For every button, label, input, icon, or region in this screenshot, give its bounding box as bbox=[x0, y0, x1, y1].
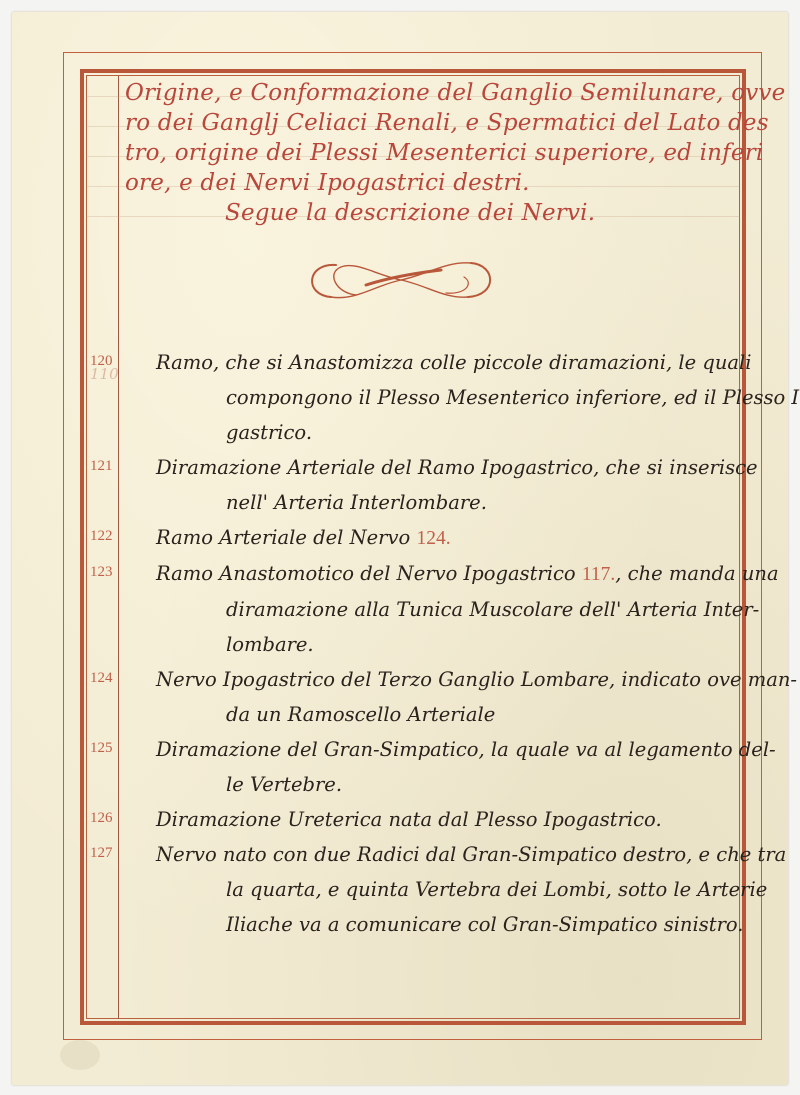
entry-number: 123 bbox=[90, 564, 118, 581]
entry-line: Ramo, che si Anastomizza colle piccole d… bbox=[156, 345, 740, 380]
entry-line: la quarta, e quinta Vertebra dei Lombi, … bbox=[156, 872, 740, 907]
entry-number: 125 bbox=[90, 740, 118, 757]
list-item: 121 Diramazione Arteriale del Ramo Ipoga… bbox=[86, 450, 740, 520]
entry-line: diramazione alla Tunica Muscolare dell' … bbox=[156, 592, 740, 627]
list-item: 125 Diramazione del Gran-Simpatico, la q… bbox=[86, 732, 740, 802]
entry-number: 122 bbox=[90, 528, 118, 545]
entry-number: 121 bbox=[90, 458, 118, 475]
entry-number: 127 bbox=[90, 845, 118, 862]
entry-text: Ramo Arteriale del Nervo bbox=[156, 526, 416, 549]
entry-line: da un Ramoscello Arteriale bbox=[156, 697, 740, 732]
entry-number: 124 bbox=[90, 670, 118, 687]
entry-line: Ramo Arteriale del Nervo 124. bbox=[156, 520, 740, 556]
title-line: tro, origine dei Plessi Mesenterici supe… bbox=[125, 138, 737, 168]
list-item: 123 Ramo Anastomotico del Nervo Ipogastr… bbox=[86, 556, 740, 662]
entry-number: 126 bbox=[90, 810, 118, 827]
list-item: 120 110 Ramo, che si Anastomizza colle p… bbox=[86, 345, 740, 450]
entry-line: gastrico. bbox=[156, 415, 740, 450]
entry-line: Nervo nato con due Radici dal Gran-Simpa… bbox=[156, 837, 740, 872]
entry-text: , che manda una bbox=[615, 562, 778, 585]
cross-reference: 124. bbox=[416, 528, 450, 549]
title-line: ro dei Ganglj Celiaci Renali, e Spermati… bbox=[125, 108, 737, 138]
entries-list: 120 110 Ramo, che si Anastomizza colle p… bbox=[86, 345, 740, 942]
entry-line: compongono il Plesso Mesenterico inferio… bbox=[156, 380, 740, 415]
cross-reference: 117. bbox=[582, 564, 615, 585]
ghost-number: 110 bbox=[90, 365, 119, 383]
list-item: 122 Ramo Arteriale del Nervo 124. bbox=[86, 520, 740, 556]
entry-line: Nervo Ipogastrico del Terzo Ganglio Lomb… bbox=[156, 662, 740, 697]
entry-line: Iliache va a comunicare col Gran-Simpati… bbox=[156, 907, 740, 942]
title-line: Origine, e Conformazione del Ganglio Sem… bbox=[125, 78, 737, 108]
entry-line: Diramazione Ureterica nata dal Plesso Ip… bbox=[156, 802, 740, 837]
flourish-ornament-icon bbox=[296, 255, 506, 305]
entry-text: Ramo Anastomotico del Nervo Ipogastrico bbox=[156, 562, 582, 585]
paper-stain bbox=[60, 1040, 100, 1070]
title-line: ore, e dei Nervi Ipogastrici destri. bbox=[125, 168, 737, 198]
title-block: Origine, e Conformazione del Ganglio Sem… bbox=[125, 78, 737, 228]
entry-line: Diramazione Arteriale del Ramo Ipogastri… bbox=[156, 450, 740, 485]
entry-line: Ramo Anastomotico del Nervo Ipogastrico … bbox=[156, 556, 740, 592]
entry-line: nell' Arteria Interlombare. bbox=[156, 485, 740, 520]
list-item: 126 Diramazione Ureterica nata dal Pless… bbox=[86, 802, 740, 837]
entry-line: le Vertebre. bbox=[156, 767, 740, 802]
entry-line: Diramazione del Gran-Simpatico, la quale… bbox=[156, 732, 740, 767]
list-item: 127 Nervo nato con due Radici dal Gran-S… bbox=[86, 837, 740, 942]
entry-line: lombare. bbox=[156, 627, 740, 662]
list-item: 124 Nervo Ipogastrico del Terzo Ganglio … bbox=[86, 662, 740, 732]
subtitle: Segue la descrizione dei Nervi. bbox=[125, 198, 737, 228]
